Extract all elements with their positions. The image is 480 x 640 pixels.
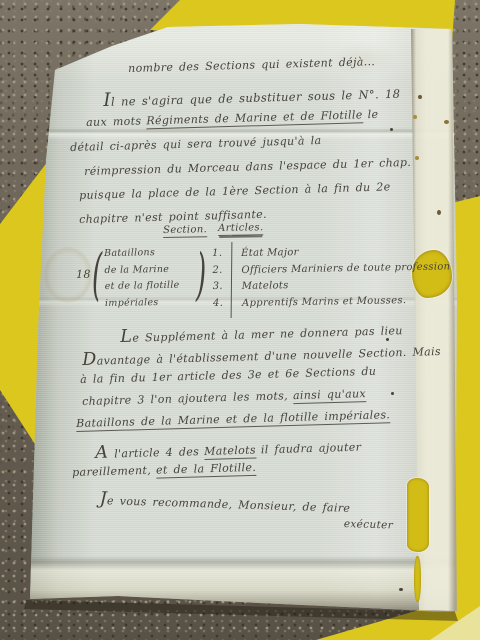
pin-hole xyxy=(399,588,403,591)
pin-hole xyxy=(391,392,394,395)
line-13-suffix: il faudra ajouter xyxy=(261,441,362,457)
pin-hole xyxy=(390,128,393,131)
foxing-speck xyxy=(413,115,417,119)
foxing-speck xyxy=(437,210,441,215)
group-label-line: Bataillons xyxy=(104,245,179,263)
worm-hole-lower xyxy=(407,478,429,552)
worm-hole-slit xyxy=(414,556,421,602)
table-header-articles-label: Articles. xyxy=(218,222,264,236)
line-11-underlined-phrase: ainsi qu'aux xyxy=(293,387,366,404)
table-section-number: 18 xyxy=(76,268,91,281)
table-header-section-label: Section. xyxy=(163,224,207,238)
table-header-articles: Articles. xyxy=(218,222,264,235)
foxing-speck xyxy=(415,156,419,160)
foxing-speck xyxy=(418,95,422,99)
foxing-speck xyxy=(444,120,449,124)
group-label-line: impériales xyxy=(105,294,180,312)
article-number: 2. xyxy=(212,262,222,279)
article-number: 1. xyxy=(212,246,222,263)
opening-brace: ( xyxy=(92,244,102,309)
group-label-line: de la Marine xyxy=(104,261,179,279)
line-14-underlined-phrase: et de la Flotille. xyxy=(156,461,256,479)
line-13-prefix: A l'article 4 des xyxy=(95,445,199,461)
line-3-prefix: aux mots xyxy=(86,114,142,129)
article-number: 3. xyxy=(213,279,223,296)
closing-word-executer: exécuter xyxy=(344,518,394,532)
article-number: 4. xyxy=(213,295,223,312)
line-13-underlined-word: Matelots xyxy=(204,444,256,460)
closing-brace: ) xyxy=(196,244,206,309)
table-article-labels: État Major Officiers Mariniers de toute … xyxy=(241,242,451,312)
table-article-numbers: 1. 2. 3. 4. xyxy=(212,246,223,312)
table-group-label: Bataillons de la Marine et de la flotill… xyxy=(104,245,180,312)
line-14-prefix: pareillement, xyxy=(72,464,151,479)
photo-of-manuscript: nombre des Sections qui existent déjà...… xyxy=(0,0,480,640)
group-label-line: et de la flotille xyxy=(105,278,180,296)
table-header-section: Section. xyxy=(163,224,207,237)
line-3-suffix: le xyxy=(367,108,378,121)
